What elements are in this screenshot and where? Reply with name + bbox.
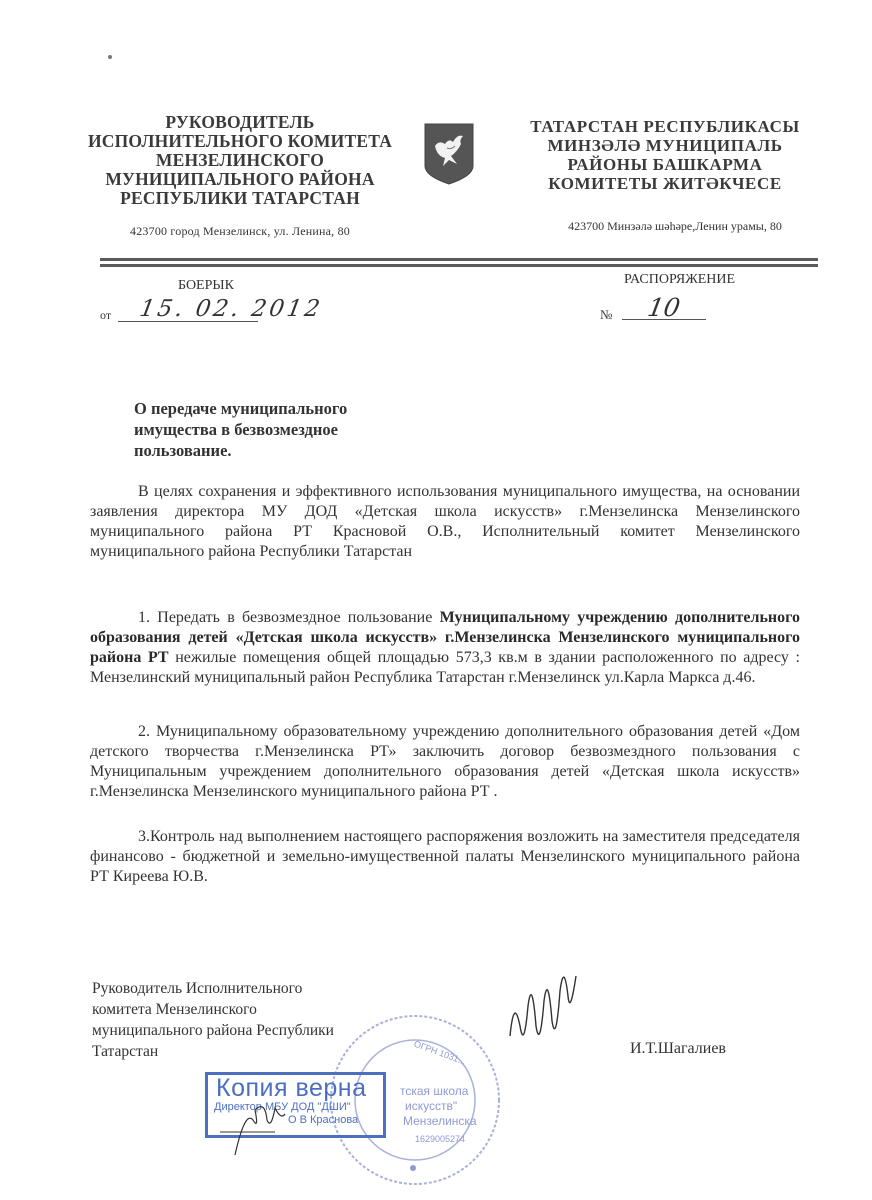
scan-speck: [108, 55, 112, 59]
svg-text:1629005274: 1629005274: [415, 1134, 465, 1144]
copy-stamp-signature: [215, 1090, 305, 1160]
header-left-address: 423700 город Мензелинск, ул. Ленина, 80: [70, 222, 410, 241]
item-1-lead: 1. Передать в безвозмездное пользование: [138, 609, 440, 626]
signatory-position: Руководитель Исполнительного комитета Ме…: [92, 978, 334, 1062]
header-right-line: МИНЗӘЛӘ МУНИЦИПАЛЬ: [500, 136, 830, 155]
subject-line: имущества в безвозмездное: [134, 419, 414, 440]
item-1-rest: нежилые помещения общей площадью 573,3 к…: [90, 649, 800, 686]
coat-of-arms-icon: [423, 122, 475, 186]
svg-text:тская школа: тская школа: [400, 1084, 469, 1098]
document-subject: О передаче муниципального имущества в бе…: [134, 398, 414, 461]
order-title-russian: РАСПОРЯЖЕНИЕ: [624, 272, 735, 288]
header-left-line: МЕНЗЕЛИНСКОГО: [70, 151, 410, 170]
header-left-russian: РУКОВОДИТЕЛЬ ИСПОЛНИТЕЛЬНОГО КОМИТЕТА МЕ…: [70, 113, 410, 241]
item-1-paragraph: 1. Передать в безвозмездное пользование …: [90, 608, 800, 688]
header-left-line: РУКОВОДИТЕЛЬ: [70, 113, 410, 132]
position-line: комитета Мензелинского: [92, 999, 334, 1020]
order-title-tatar: БОЕРЫК: [178, 278, 234, 294]
header-left-line: МУНИЦИПАЛЬНОГО РАЙОНА: [70, 170, 410, 189]
signatory-name: И.Т.Шагалиев: [630, 1040, 726, 1058]
item-2-paragraph: 2. Муниципальному образовательному учреж…: [90, 722, 800, 802]
header-right-tatar: ТАТАРСТАН РЕСПУБЛИКАСЫ МИНЗӘЛӘ МУНИЦИПАЛ…: [500, 117, 830, 236]
position-line: муниципального района Республики: [92, 1020, 334, 1041]
header-right-line: РАЙОНЫ БАШКАРМА: [500, 155, 830, 174]
header-divider: [100, 258, 818, 261]
date-prefix: от: [100, 308, 111, 323]
order-date: 15. 02. 2012: [138, 296, 325, 322]
subject-line: пользование.: [134, 440, 414, 461]
header-left-line: ИСПОЛНИТЕЛЬНОГО КОМИТЕТА: [70, 132, 410, 151]
number-prefix: №: [600, 307, 612, 323]
header-right-line: КОМИТЕТЫ ЖИТӘКЧЕСЕ: [500, 174, 830, 193]
svg-text:Мензелинска: Мензелинска: [403, 1114, 477, 1128]
position-line: Руководитель Исполнительного: [92, 978, 334, 999]
header-right-line: ТАТАРСТАН РЕСПУБЛИКАСЫ: [500, 117, 830, 136]
header-divider: [100, 264, 818, 267]
handwritten-signature: [500, 956, 590, 1056]
svg-text:ОГРН 1031...: ОГРН 1031...: [413, 1039, 468, 1067]
position-line: Татарстан: [92, 1041, 334, 1062]
item-3-paragraph: 3.Контроль над выполнением настоящего ра…: [90, 827, 800, 887]
preamble-paragraph: В целях сохранения и эффективного исполь…: [90, 482, 800, 562]
subject-line: О передаче муниципального: [134, 398, 414, 419]
header-left-line: РЕСПУБЛИКИ ТАТАРСТАН: [70, 189, 410, 208]
header-right-address: 423700 Минзәлә шәһәре,Ленин урамы, 80: [500, 217, 830, 236]
svg-text:искусств": искусств": [405, 1099, 457, 1113]
order-number: 10: [645, 293, 682, 322]
